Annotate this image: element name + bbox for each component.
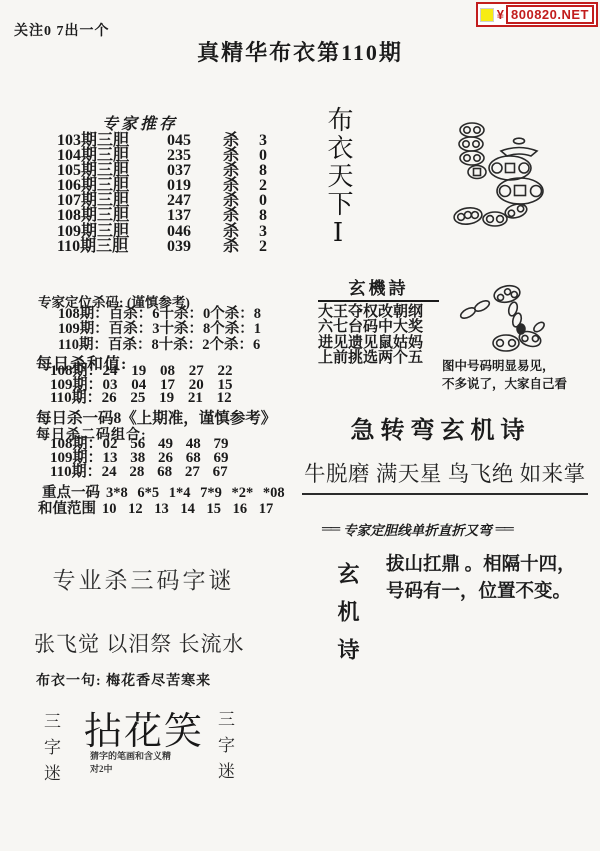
list-item: 110期：24 28 68 27 67: [50, 465, 229, 479]
mystery-poem-text-line: 号码有一，位置不变。: [386, 579, 591, 606]
poem-line: 六七台码中大奖: [318, 320, 439, 335]
row-dan: 046: [167, 224, 223, 239]
poem-line: 上前挑选两个五: [318, 351, 439, 366]
row-kill-label: 杀: [223, 239, 259, 254]
row-issue: 108期三胆: [57, 208, 167, 223]
expert-section-title: 专家推存: [95, 111, 185, 134]
mystery-poem-box: 玄機詩 大王夺权改朝纲 六七台码中大奖 进见遗见鼠姑妈 上前挑选两个五: [318, 274, 439, 367]
poem-line: 进见遗见鼠姑妈: [318, 336, 439, 351]
row-kill-label: 杀: [223, 224, 259, 239]
row-kill-value: 8: [259, 163, 277, 178]
list-item: 110期：26 25 19 21 12: [50, 392, 233, 406]
table-row: 108期三胆 137 杀 8: [57, 208, 277, 223]
row-dan: 247: [167, 193, 223, 208]
riddle-section-title: 专业杀三码字谜: [46, 562, 241, 595]
row-kill-value: 2: [259, 178, 277, 193]
row-kill-label: 杀: [223, 133, 259, 148]
lottery-tip-sheet: 关注0 7出一个 ¥ 800820.NET 真精华布衣第110期 专家推存 10…: [0, 0, 600, 851]
figure-caption-line: 不多说了，大家自己看: [442, 376, 567, 394]
coin-figure-art-top: [446, 120, 548, 232]
daily-sum-kill-rows: 108期：24 19 08 27 22 109期：03 04 17 20 15 …: [50, 365, 233, 406]
row-dan: 045: [167, 133, 223, 148]
table-row: 103期三胆 045 杀 3: [57, 133, 277, 148]
mystery-poem-text: 拔山扛鼎 。相隔十四， 号码有一，位置不变。: [386, 552, 591, 606]
table-row: 104期三胆 235 杀 0: [57, 148, 277, 163]
riddle-line: 张飞觉 以泪祭 长流水: [34, 628, 245, 658]
riddle-note-line: 对2中: [90, 763, 171, 776]
coin-figure-art-middle: [456, 282, 552, 354]
daily-two-kill-rows: 108期：02 56 49 48 79 109期：13 38 26 68 69 …: [50, 437, 229, 480]
row-issue: 110期三胆: [57, 239, 167, 254]
sharp-turn-poem-line: 牛脱磨 满天星 鸟飞绝 如来掌: [302, 457, 588, 495]
row-issue: 109期三胆: [57, 224, 167, 239]
mystery-poem-text-line: 拔山扛鼎 。相隔十四，: [386, 552, 591, 579]
double-line-decor-right: ══: [496, 521, 513, 537]
sum-range-line: 和值范围10 12 13 14 15 16 17: [38, 497, 273, 518]
mystery-poem-title: 玄機詩: [318, 274, 439, 302]
currency-symbol: ¥: [497, 7, 504, 22]
position-kill-rows: 108期：百杀：6十杀：0个杀：8 109期：百杀：3十杀：8个杀：1 110期…: [58, 307, 261, 353]
table-row: 109期三胆 046 杀 3: [57, 224, 277, 239]
site-domain: 800820.NET: [506, 5, 594, 24]
table-row: 110期三胆 039 杀 2: [57, 239, 277, 254]
three-char-riddle-label-left: 三字迷: [38, 712, 63, 812]
row-kill-value: 2: [259, 239, 277, 254]
row-dan: 039: [167, 239, 223, 254]
page-title: 真精华布衣第110期: [0, 36, 600, 67]
expert-dingdan-line: ══ 专家定胆线单折直折又弯 ══: [322, 519, 513, 539]
figure-caption-line: 图中号码明显易见，: [442, 358, 567, 376]
figure-caption: 图中号码明显易见， 不多说了，大家自己看: [442, 358, 567, 393]
brand-vertical-title: 布衣天下Ⅰ: [320, 106, 357, 266]
yellow-swatch-icon: [480, 8, 494, 22]
row-dan: 019: [167, 178, 223, 193]
row-kill-label: 杀: [223, 148, 259, 163]
row-kill-value: 3: [259, 133, 277, 148]
sum-range-value: 10 12 13 14 15 16 17: [102, 501, 273, 517]
mystery-poem-vertical-label: 玄机诗: [332, 562, 363, 697]
list-item: 109期：百杀：3十杀：8个杀：1: [58, 322, 261, 337]
row-issue: 104期三胆: [57, 148, 167, 163]
list-item: 108期：百杀：6十杀：0个杀：8: [58, 307, 261, 322]
riddle-answer: 拈花笑: [84, 700, 204, 755]
riddle-note-line: 猜字的笔画和含义精: [90, 750, 171, 763]
row-issue: 103期三胆: [57, 133, 167, 148]
sum-range-label: 和值范围: [38, 501, 96, 517]
riddle-note: 猜字的笔画和含义精 对2中: [90, 750, 171, 776]
row-kill-value: 3: [259, 224, 277, 239]
row-dan: 137: [167, 208, 223, 223]
sharp-turn-poem-title: 急转弯玄机诗: [308, 410, 573, 445]
buyi-sentence: 布衣一句: 梅花香尽苦寒来: [36, 670, 211, 690]
row-dan: 037: [167, 163, 223, 178]
site-badge[interactable]: ¥ 800820.NET: [476, 2, 598, 27]
double-line-decor-left: ══: [322, 521, 339, 537]
row-kill-label: 杀: [223, 208, 259, 223]
three-char-riddle-label-right: 三字迷: [212, 710, 237, 810]
row-dan: 235: [167, 148, 223, 163]
expert-list: 103期三胆 045 杀 3 104期三胆 235 杀 0 105期三胆 037…: [57, 133, 277, 254]
row-kill-value: 0: [259, 193, 277, 208]
row-kill-value: 8: [259, 208, 277, 223]
row-kill-value: 0: [259, 148, 277, 163]
expert-dingdan-text: 专家定胆线单折直折又弯: [343, 519, 492, 539]
